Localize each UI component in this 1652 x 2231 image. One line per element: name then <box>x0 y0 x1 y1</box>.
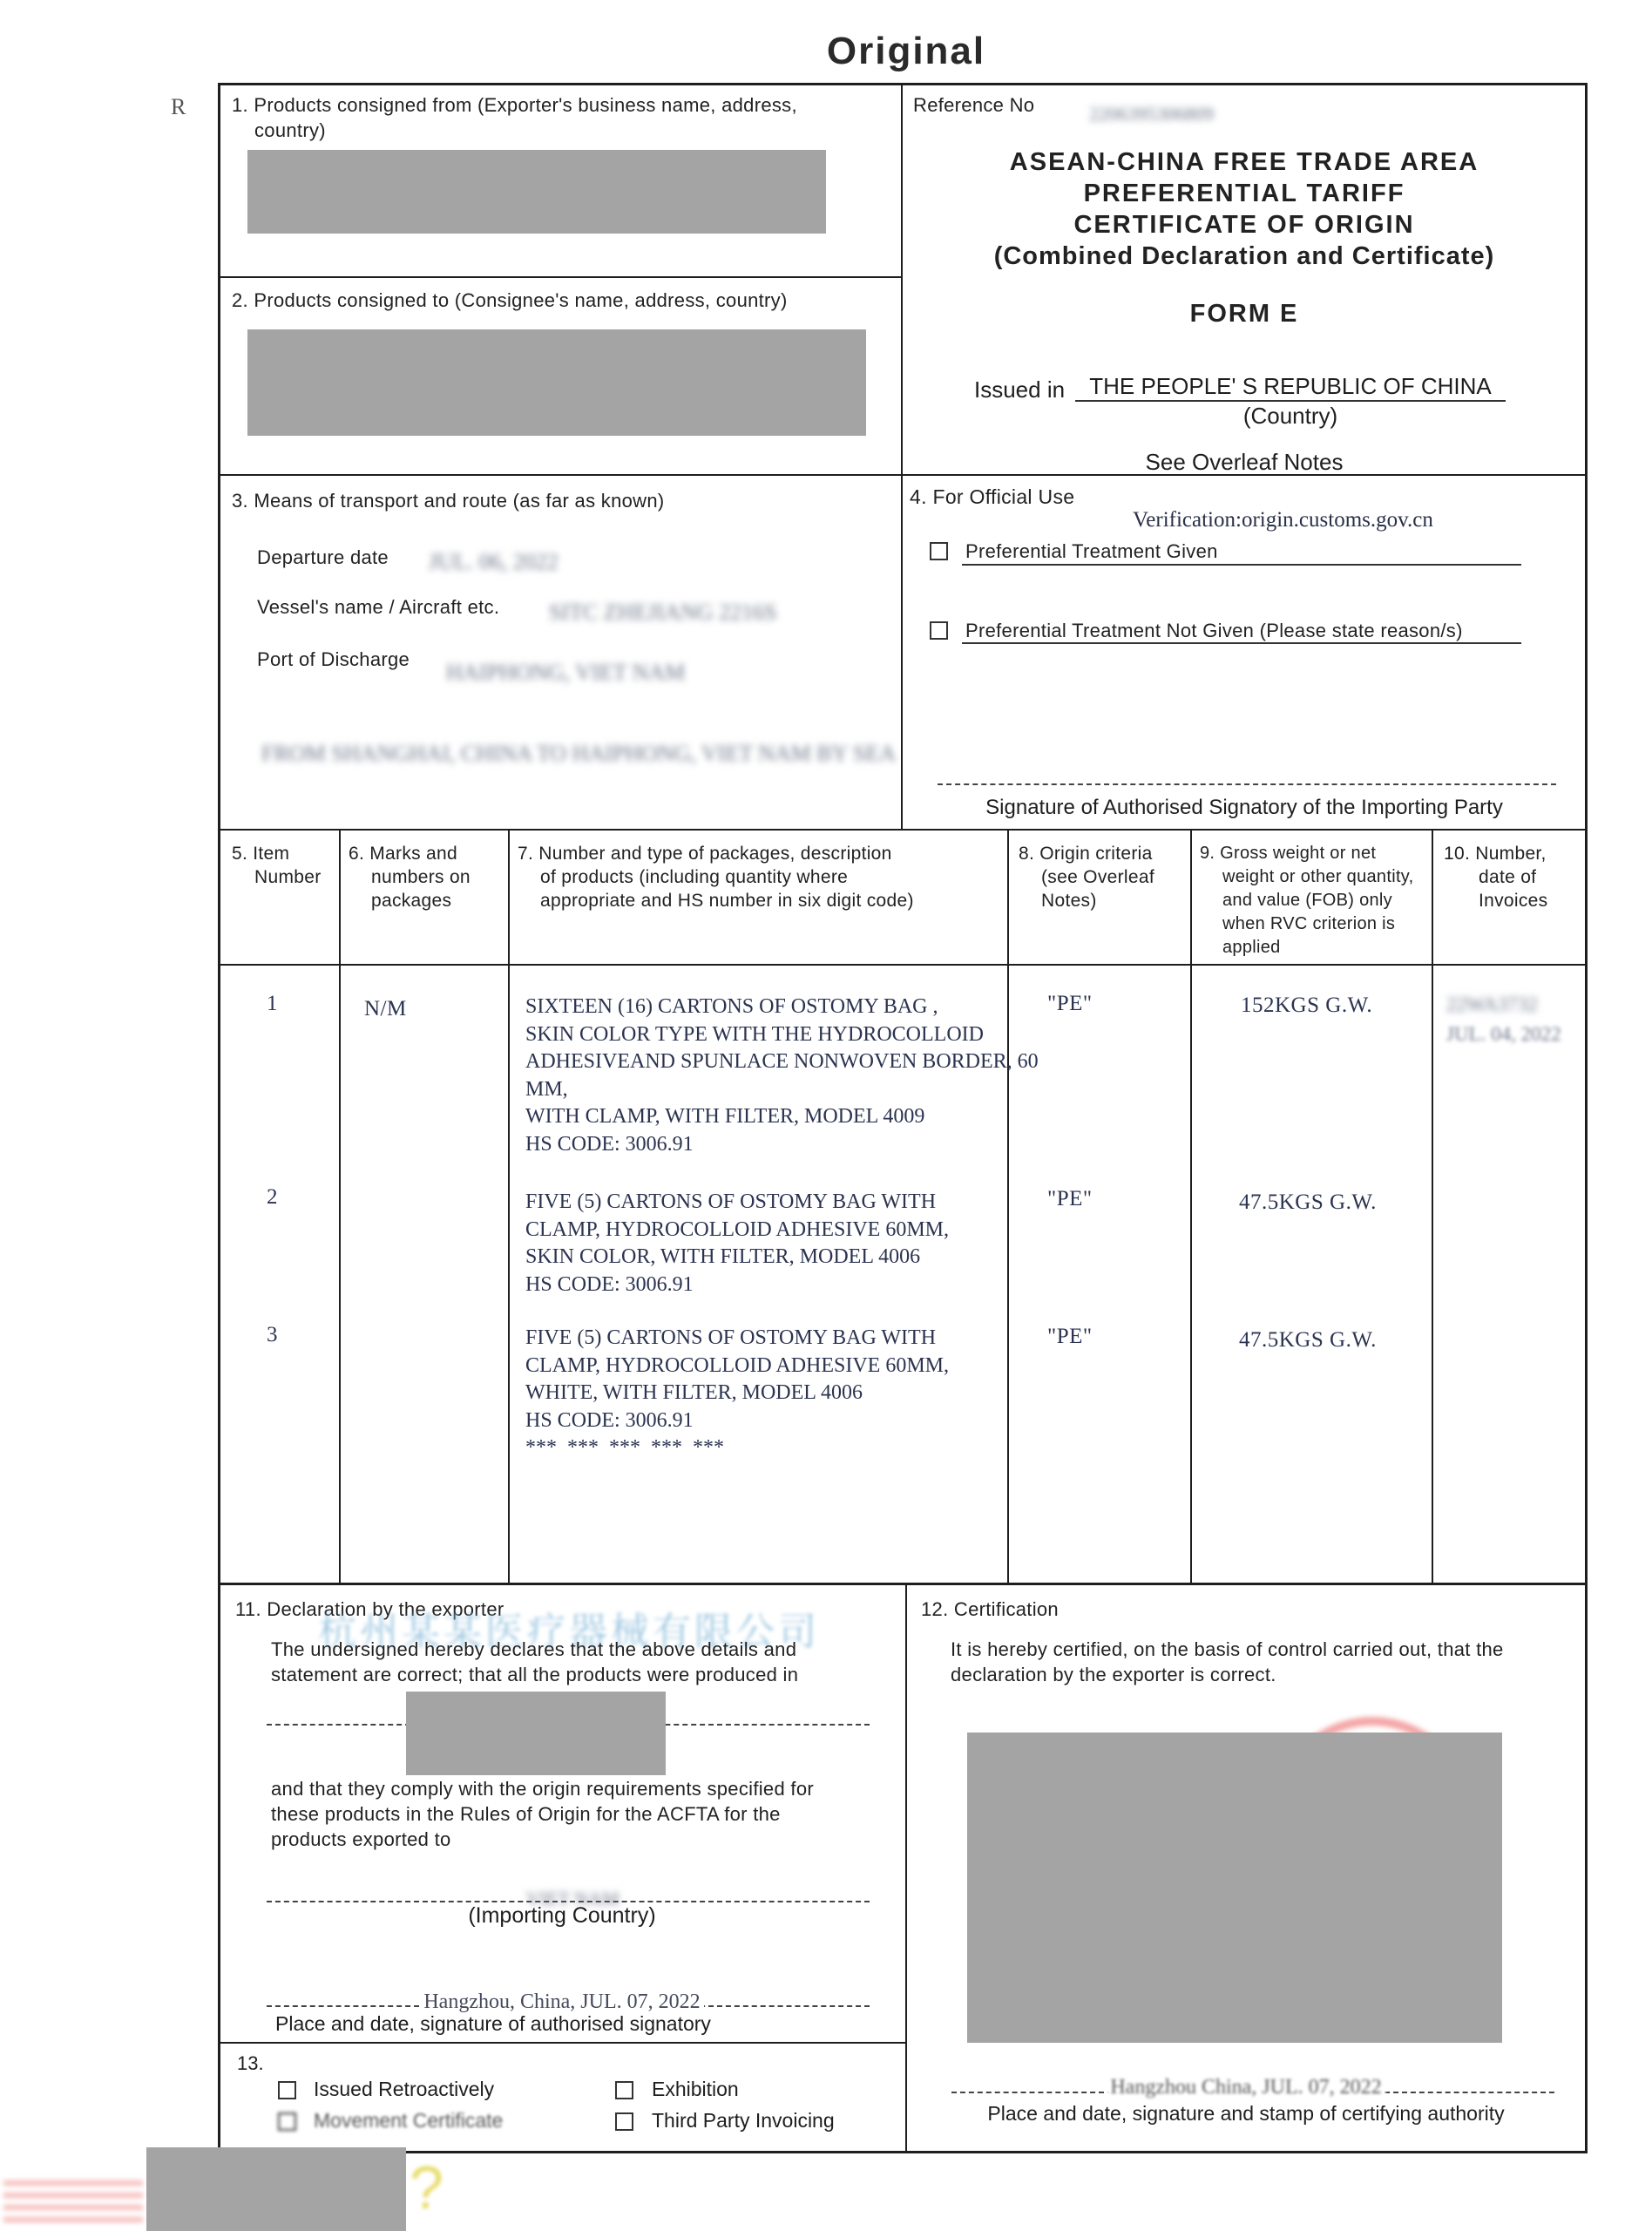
exhibition-checkbox[interactable] <box>615 2081 633 2099</box>
form-name: FORM E <box>903 298 1586 329</box>
port-label: Port of Discharge <box>257 647 410 672</box>
overleaf-note: See Overleaf Notes <box>903 449 1586 476</box>
product-description: FIVE (5) CARTONS OF OSTOMY BAG WITH CLAM… <box>525 1325 949 1462</box>
col-invoice-header: 10. Number, date of Invoices <box>1444 842 1547 912</box>
certificate-title: ASEAN-CHINA FREE TRADE AREA PREFERENTIAL… <box>903 146 1586 272</box>
col-weight-header: 9. Gross weight or net weight or other q… <box>1200 842 1413 960</box>
box12-label: 12. Certification <box>921 1597 1059 1622</box>
certifying-signature-redaction <box>967 1733 1502 2043</box>
country-caption: (Country) <box>1075 403 1506 430</box>
producing-country-redaction <box>406 1692 666 1775</box>
margin-mark: R <box>171 94 186 120</box>
exporter-signatory-caption: Place and date, signature of authorised … <box>275 2012 711 2036</box>
marks-value: N/M <box>364 997 407 1021</box>
copy-label: Original <box>0 30 1652 73</box>
issued-retroactively-label: Issued Retroactively <box>314 2078 494 2101</box>
issued-retroactively-checkbox[interactable] <box>278 2081 296 2099</box>
gross-weight: 47.5KGS G.W. <box>1239 1190 1377 1215</box>
verification-url: Verification:origin.customs.gov.cn <box>1133 508 1433 532</box>
certification-text: It is hereby certified, on the basis of … <box>951 1637 1504 1687</box>
col-marks-header: 6. Marks and numbers on packages <box>349 842 471 912</box>
third-party-invoicing-label: Third Party Invoicing <box>652 2109 835 2133</box>
item-number: 1 <box>267 992 278 1016</box>
red-print-artifact <box>3 2179 143 2222</box>
preferential-given-label: Preferential Treatment Given <box>965 539 1218 564</box>
third-party-invoicing-checkbox[interactable] <box>615 2112 633 2131</box>
origin-criteria: "PE" <box>1047 1187 1093 1211</box>
exhibition-label: Exhibition <box>652 2078 739 2101</box>
movement-certificate-checkbox[interactable] <box>278 2112 296 2131</box>
product-description: SIXTEEN (16) CARTONS OF OSTOMY BAG , SKI… <box>525 993 1039 1158</box>
bottom-left-redaction <box>146 2147 406 2231</box>
importing-signatory-caption: Signature of Authorised Signatory of the… <box>903 796 1586 820</box>
box3-label: 3. Means of transport and route (as far … <box>232 488 665 513</box>
vessel-label: Vessel's name / Aircraft etc. <box>257 594 499 620</box>
importing-country-caption: (Importing Country) <box>218 1903 906 1929</box>
movement-certificate-label: Movement Certificate <box>314 2109 503 2133</box>
preferential-given-checkbox[interactable] <box>930 542 948 560</box>
box1-label: 1. Products consigned from (Exporter's b… <box>232 92 894 143</box>
origin-criteria: "PE" <box>1047 1325 1093 1349</box>
col-origin-criteria-header: 8. Origin criteria (see Overleaf Notes) <box>1019 842 1154 912</box>
departure-date-value: JUL. 06, 2022 <box>429 549 559 575</box>
origin-criteria: "PE" <box>1047 992 1093 1016</box>
item-number: 2 <box>267 1185 278 1210</box>
port-value: HAIPHONG, VIET NAM <box>446 660 685 686</box>
declaration-text-2: and that they comply with the origin req… <box>271 1776 814 1852</box>
scan-artifact-mark: ? <box>410 2153 443 2222</box>
gross-weight: 152KGS G.W. <box>1241 993 1372 1018</box>
box2-label: 2. Products consigned to (Consignee's na… <box>232 288 788 313</box>
gross-weight: 47.5KGS G.W. <box>1239 1328 1377 1353</box>
invoice-date: JUL. 04, 2022 <box>1446 1023 1561 1046</box>
declaration-text-1: The undersigned hereby declares that the… <box>271 1637 798 1687</box>
vessel-value: SITC ZHEJIANG 2216S <box>549 600 776 626</box>
col-item-number-header: 5. Item Number <box>232 842 322 889</box>
invoice-number: 22WA3732 <box>1446 993 1538 1016</box>
reference-label: Reference No <box>913 92 1034 118</box>
item-number: 3 <box>267 1323 278 1347</box>
col-description-header: 7. Number and type of packages, descript… <box>518 842 914 912</box>
reference-number: 2206395306809 <box>1089 103 1214 125</box>
box4-label: 4. For Official Use <box>910 485 1074 510</box>
certifying-place-date: Hangzhou China, JUL. 07, 2022 <box>906 2076 1586 2099</box>
exporter-redaction <box>247 150 826 234</box>
route-value: FROM SHANGHAI, CHINA TO HAIPHONG, VIET N… <box>261 741 896 767</box>
preferential-not-given-label: Preferential Treatment Not Given (Please… <box>965 618 1463 643</box>
issued-in-country: THE PEOPLE' S REPUBLIC OF CHINA <box>1075 373 1506 400</box>
exporter-place-date: Hangzhou, China, JUL. 07, 2022 <box>218 1990 906 2014</box>
certifying-authority-caption: Place and date, signature and stamp of c… <box>906 2102 1586 2126</box>
box13-label: 13. <box>237 2052 264 2075</box>
issued-in-label: Issued in <box>974 376 1065 403</box>
departure-date-label: Departure date <box>257 545 389 570</box>
preferential-not-given-checkbox[interactable] <box>930 621 948 640</box>
product-description: FIVE (5) CARTONS OF OSTOMY BAG WITH CLAM… <box>525 1189 949 1299</box>
consignee-redaction <box>247 329 866 436</box>
